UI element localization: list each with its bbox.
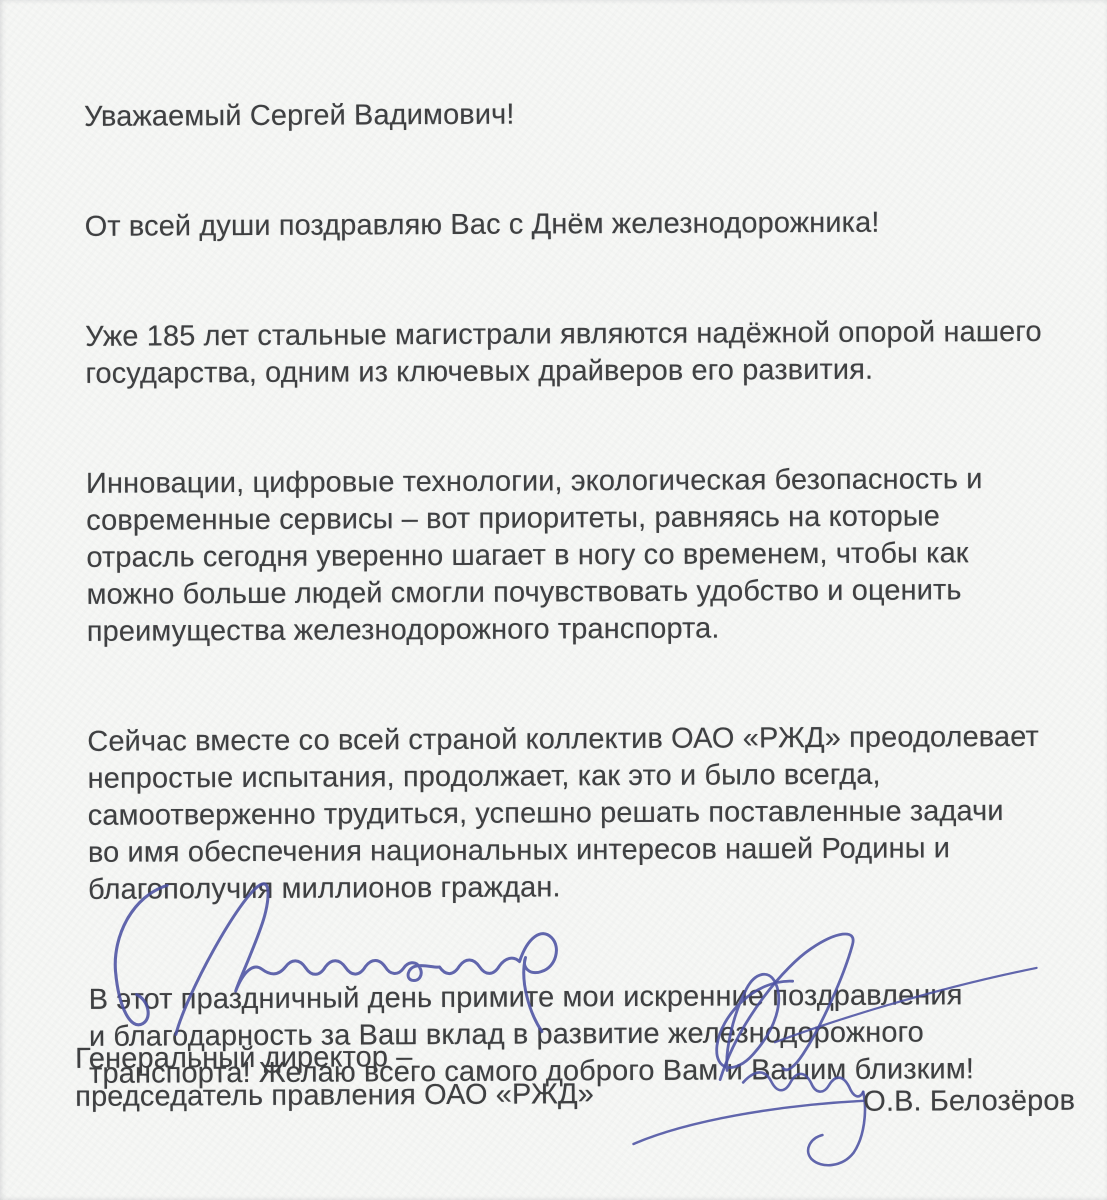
paragraph-greeting: От всей души поздравляю Вас с Днём желез… [85,204,1094,246]
signoff-title: Генеральный директор – председатель прав… [75,1037,594,1116]
salutation-text: Уважаемый Сергей Вадимович! [84,99,515,133]
signatory-name: О.В. Белозёров [863,1083,1075,1121]
letter-page: Уважаемый Сергей Вадимович! От всей души… [0,0,1107,1200]
scanned-content: Уважаемый Сергей Вадимович! От всей души… [0,0,1107,1200]
letter-body: Уважаемый Сергей Вадимович! От всей души… [84,57,1099,1166]
paragraph-collective: Сейчас вместе со всей страной коллектив … [87,719,1097,909]
paragraph-history: Уже 185 лет стальные магистрали являются… [85,314,1094,393]
salutation: Уважаемый Сергей Вадимович! [84,94,1093,136]
paragraph-priorities: Инновации, цифровые технологии, экологич… [86,461,1096,651]
